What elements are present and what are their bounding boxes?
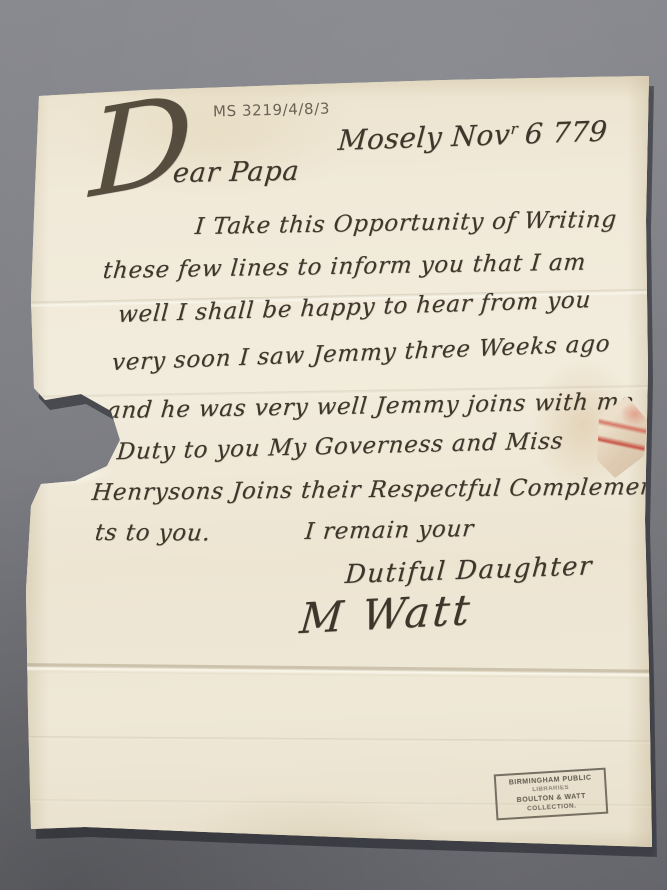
closing-line-1: I remain your — [304, 516, 475, 545]
letter-paper: MS 3219/4/8/3 Mosely Novr6 779 D ear Pap… — [25, 70, 657, 856]
archival-reference-number: MS 3219/4/8/3 — [213, 99, 330, 120]
dateline-day-year: 6 779 — [524, 115, 609, 151]
salutation-initial-flourish: D — [89, 77, 194, 215]
body-line-8: ts to you. — [94, 520, 213, 546]
dateline-place-month: Mosely Nov — [337, 118, 512, 157]
body-line-4: very soon I saw Jemmy three Weeks ago — [111, 331, 611, 376]
dateline: Mosely Novr6 779 — [337, 115, 609, 158]
body-line-2: these few lines to inform you that I am — [102, 250, 587, 284]
body-line-3: well I shall be happy to hear from you — [117, 287, 592, 328]
body-line-6: in Duty to you My Governess and Miss — [84, 428, 565, 466]
body-line-1: I Take this Opportunity of Writing — [194, 207, 618, 240]
fold-crease — [19, 736, 667, 744]
signature: M Watt — [298, 585, 475, 643]
stamp-line-4: COLLECTION. — [527, 801, 577, 813]
dateline-superscript: r — [510, 120, 519, 138]
body-line-7: Henrysons Joins their Respectful Complem… — [91, 474, 657, 506]
fold-crease — [19, 663, 667, 679]
salutation: ear Papa — [172, 156, 301, 189]
library-stamp: BIRMINGHAM PUBLIC LIBRARIES BOULTON & WA… — [494, 768, 609, 821]
